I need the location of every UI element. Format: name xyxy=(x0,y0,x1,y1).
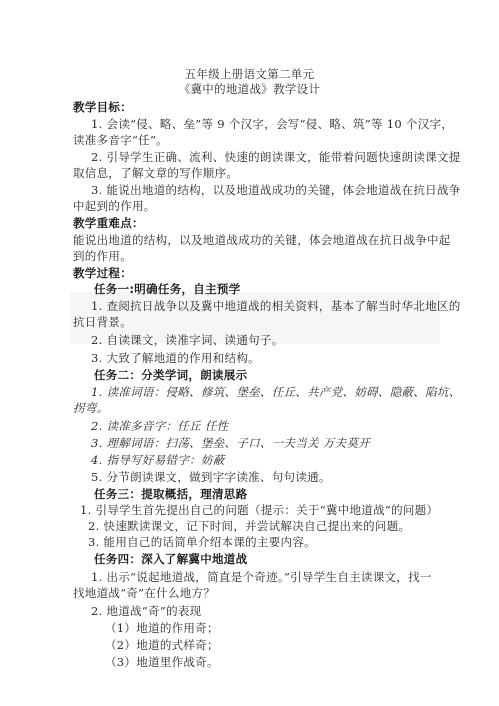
objective-2-line2: 取信息，了解文章的写作顺序。 xyxy=(73,165,238,181)
doc-title-line2: 《冀中的地道战》教学设计 xyxy=(0,81,499,97)
task1-item1-line2: 抗日背景。 xyxy=(73,314,132,330)
task1-item3: 3. 大致了解地道的作用和结构。 xyxy=(91,350,260,366)
key-points-heading: 教学重难点： xyxy=(73,215,144,231)
task1-item1-line1: 1. 查阅抗日战争以及冀中地道战的相关资料，基本了解当时华北地区的 xyxy=(91,298,461,314)
task4-item2: 2. 地道战“奇”的表现 xyxy=(91,603,202,619)
process-heading: 教学过程： xyxy=(73,265,132,281)
task3-item2: 2. 快速默读课文，记下时间，并尝试解决自己提出来的问题。 xyxy=(88,518,410,534)
objectives-heading: 教学目标： xyxy=(73,99,132,115)
task4-subitem2: （2）地道的式样奇； xyxy=(105,637,219,653)
task3-title: 任务三：提取概括，理清思路 xyxy=(94,486,247,502)
doc-title-line1: 五年级上册语文第二单元 xyxy=(0,66,499,82)
task2-item4: 4. 指导写好易错字：妨蔽 xyxy=(91,452,225,468)
key-points-line2: 到的作用。 xyxy=(73,248,132,264)
task4-subitem3: （3）地道里作战奇。 xyxy=(105,654,219,670)
task2-title: 任务二：分类学词，朗读展示 xyxy=(94,367,247,383)
document-page: 五年级上册语文第二单元 《冀中的地道战》教学设计 教学目标： 1. 会读“侵、略… xyxy=(0,0,499,706)
objective-1-line2: 读准多音字“任”。 xyxy=(73,132,168,148)
objective-1-line1: 1. 会读“侵、略、垒”等 9 个汉字，会写“侵、略、筑”等 10 个汉字， xyxy=(91,116,453,132)
task2-item1-line1: 1. 读准词语：侵略、修筑、堡垒、任丘、共产党、妨碍、隐蔽、陷坑、 xyxy=(91,384,461,400)
task3-item3: 3. 能用自己的话简单介绍本课的主要内容。 xyxy=(88,534,316,550)
task4-item1-line1: 1. 出示“说起地道战，简直是个奇迹。”引导学生自主读课文，找一 xyxy=(91,569,432,585)
task2-item3: 3. 理解词语：扫荡、堡垒、子口、一夫当关 万夫莫开 xyxy=(91,435,370,451)
task3-item1: 1. 引导学生首先提出自己的问题（提示：关于“冀中地道战”的问题） xyxy=(80,502,438,518)
task2-item1-line2: 拐弯。 xyxy=(73,400,108,416)
task1-item2: 2. 自读课文，读准字词、读通句子。 xyxy=(91,332,284,348)
key-points-line1: 能说出地道的结构，以及地道战成功的关键，体会地道战在抗日战争中起 xyxy=(73,232,451,248)
objective-2-line1: 2. 引导学生正确、流利、快速的朗读课文，能带着问题快速朗读课文提 xyxy=(91,149,461,165)
objective-3-line1: 3. 能说出地道的结构，以及地道战成功的关键，体会地道战在抗日战争 xyxy=(91,182,461,198)
task2-item2: 2. 读准多音字：任丘 任性 xyxy=(91,418,228,434)
task2-item5: 5. 分节朗读课文，做到字字读准、句句读通。 xyxy=(91,469,331,485)
task4-title: 任务四：深入了解冀中地道战 xyxy=(94,551,247,567)
task1-title: 任务一:明确任务，自主预学 xyxy=(94,281,241,297)
objective-3-line2: 中起到的作用。 xyxy=(73,198,156,214)
task4-subitem1: （1）地道的作用奇； xyxy=(105,620,219,636)
task4-item1-line2: 找地道战“奇”在什么地方？ xyxy=(73,585,215,601)
